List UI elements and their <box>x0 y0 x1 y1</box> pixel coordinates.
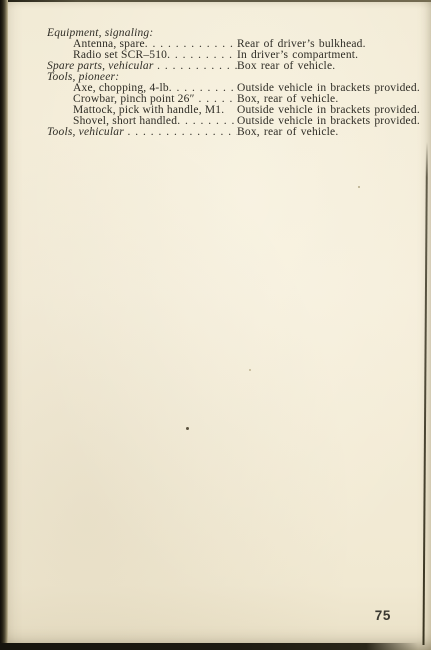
item-name: Radio set SCR–510 <box>73 50 167 61</box>
item-name: Mattock, pick with handle, M1. <box>73 105 224 116</box>
term-cell: Shovel, short handled. . . . . . . . . .… <box>47 116 237 127</box>
list-row: Radio set SCR–510. . . . . . . . . . . .… <box>47 50 420 61</box>
list-row: Tools, vehicular . . . . . . . . . . . .… <box>47 127 420 138</box>
book-binding-edge <box>0 0 8 650</box>
item-name: Equipment, signaling: <box>47 28 153 39</box>
page-number: 75 <box>375 608 391 623</box>
page-edge-right <box>422 142 428 645</box>
list-row: Spare parts, vehicular . . . . . . . . .… <box>47 61 420 72</box>
term-cell: Axe, chopping, 4-lb. . . . . . . . . . .… <box>47 83 237 94</box>
scanned-manual-page: Equipment, signaling: Antenna, spare. . … <box>0 0 431 650</box>
term-cell: Tools, pioneer: <box>47 72 237 83</box>
equipment-location-list: Equipment, signaling: Antenna, spare. . … <box>47 28 420 138</box>
dot-leader: . . . . . . . . . . . . . <box>169 83 237 94</box>
page-edge-top <box>0 0 431 2</box>
term-cell: Equipment, signaling: <box>47 28 237 39</box>
term-cell: Radio set SCR–510. . . . . . . . . . . . <box>47 50 237 61</box>
term-cell: Crowbar, pinch point 26″ . . . . . . . <box>47 94 237 105</box>
list-row: Antenna, spare. . . . . . . . . . . . . … <box>47 39 420 50</box>
item-name: Spare parts, vehicular <box>47 61 154 72</box>
term-cell: Antenna, spare. . . . . . . . . . . . . … <box>47 39 237 50</box>
dot-leader: . . . . . . . <box>195 94 237 105</box>
item-name: Tools, pioneer: <box>47 72 119 83</box>
location-cell: Box, rear of vehicle. <box>237 127 420 138</box>
ink-speck <box>186 427 189 430</box>
location-cell: Box rear of vehicle. <box>237 61 420 72</box>
term-cell: Spare parts, vehicular . . . . . . . . .… <box>47 61 237 72</box>
dot-leader: . . . . . . . . . . . . . . . . <box>154 61 237 72</box>
dot-leader: . . . . . . . . . . . . . . . <box>145 39 237 50</box>
list-row: Axe, chopping, 4-lb. . . . . . . . . . .… <box>47 83 420 94</box>
dot-leader: . . . . . . . . . . . . . . . . . . . . … <box>124 127 237 138</box>
paper-speck <box>249 369 251 371</box>
dot-leader: . . . . . . . . . . . . <box>167 50 237 61</box>
term-cell: Tools, vehicular . . . . . . . . . . . .… <box>47 127 237 138</box>
item-name: Shovel, short handled <box>73 116 177 127</box>
paper-speck <box>358 186 360 188</box>
dot-leader: . . . . . . . . . . . <box>177 116 237 127</box>
page-edge-bottom <box>0 643 431 650</box>
term-cell: Mattock, pick with handle, M1. <box>47 105 237 116</box>
list-row: Shovel, short handled. . . . . . . . . .… <box>47 116 420 127</box>
item-name: Antenna, spare <box>73 39 145 50</box>
item-name: Axe, chopping, 4-lb <box>73 83 169 94</box>
item-name: Tools, vehicular <box>47 127 124 138</box>
item-name: Crowbar, pinch point 26″ <box>73 94 195 105</box>
